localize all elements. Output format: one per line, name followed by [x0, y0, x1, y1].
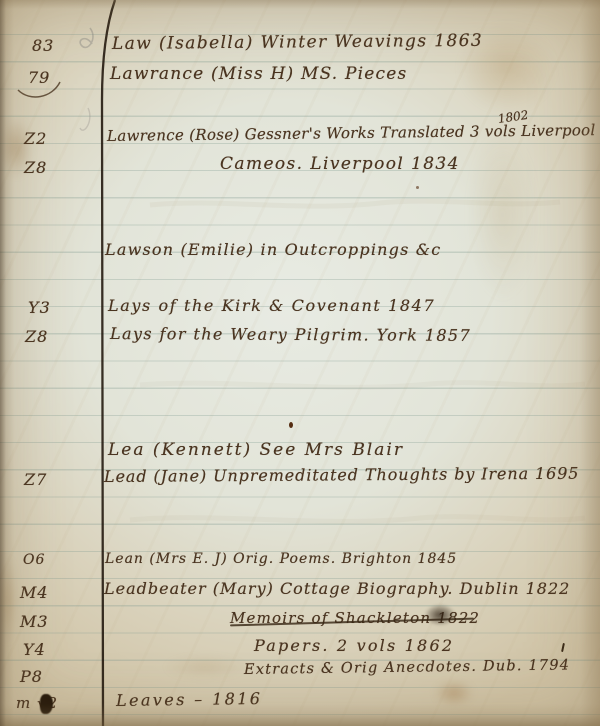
entry-text: Law (Isabella) Winter Weavings 1863 — [112, 31, 483, 54]
entry-text: Lays of the Kirk & Covenant 1847 — [108, 296, 435, 315]
shelfmark: Y4 — [23, 640, 46, 659]
shelfmark: P8 — [20, 667, 43, 686]
entry-text: Leaves – 1816 — [116, 689, 263, 710]
margin-line — [102, 0, 115, 726]
shelfmark: O6 — [23, 552, 45, 568]
entry-text: Leadbeater (Mary) Cottage Biography. Dub… — [104, 579, 570, 598]
entry-text: Lawrance (Miss H) MS. Pieces — [110, 64, 407, 84]
entry-text-struck: Memoirs of Shackleton 1822 — [230, 609, 480, 627]
entry-text: Lead (Jane) Unpremeditated Thoughts by I… — [104, 464, 579, 486]
entry-text: Papers. 2 vols 1862 — [254, 636, 454, 655]
ledger-page: 83 Law (Isabella) Winter Weavings 1863 7… — [0, 0, 600, 726]
shelfmark: Z2 — [24, 129, 47, 148]
entry-text: Lays for the Weary Pilgrim. York 1857 — [110, 324, 471, 345]
entry-text: Lean (Mrs E. J) Orig. Poems. Brighton 18… — [105, 551, 457, 567]
shelfmark: Z7 — [24, 470, 47, 489]
shelfmark: 83 — [32, 36, 54, 55]
ink-speck — [416, 186, 419, 189]
shelfmark: m √2 — [16, 694, 58, 712]
entry-text: Lawson (Emilie) in Outcroppings &c — [105, 240, 441, 259]
shelfmark: 79 — [28, 68, 50, 87]
shelfmark: M3 — [20, 612, 49, 631]
entry-text: Lea (Kennett) See Mrs Blair — [108, 440, 404, 460]
ink-speck — [289, 422, 293, 428]
shelfmark: Z8 — [24, 158, 47, 177]
shelfmark: M4 — [20, 583, 49, 602]
shelfmark: Y3 — [28, 298, 51, 317]
shelfmark: Z8 — [25, 327, 48, 346]
entry-text: Cameos. Liverpool 1834 — [220, 154, 460, 174]
